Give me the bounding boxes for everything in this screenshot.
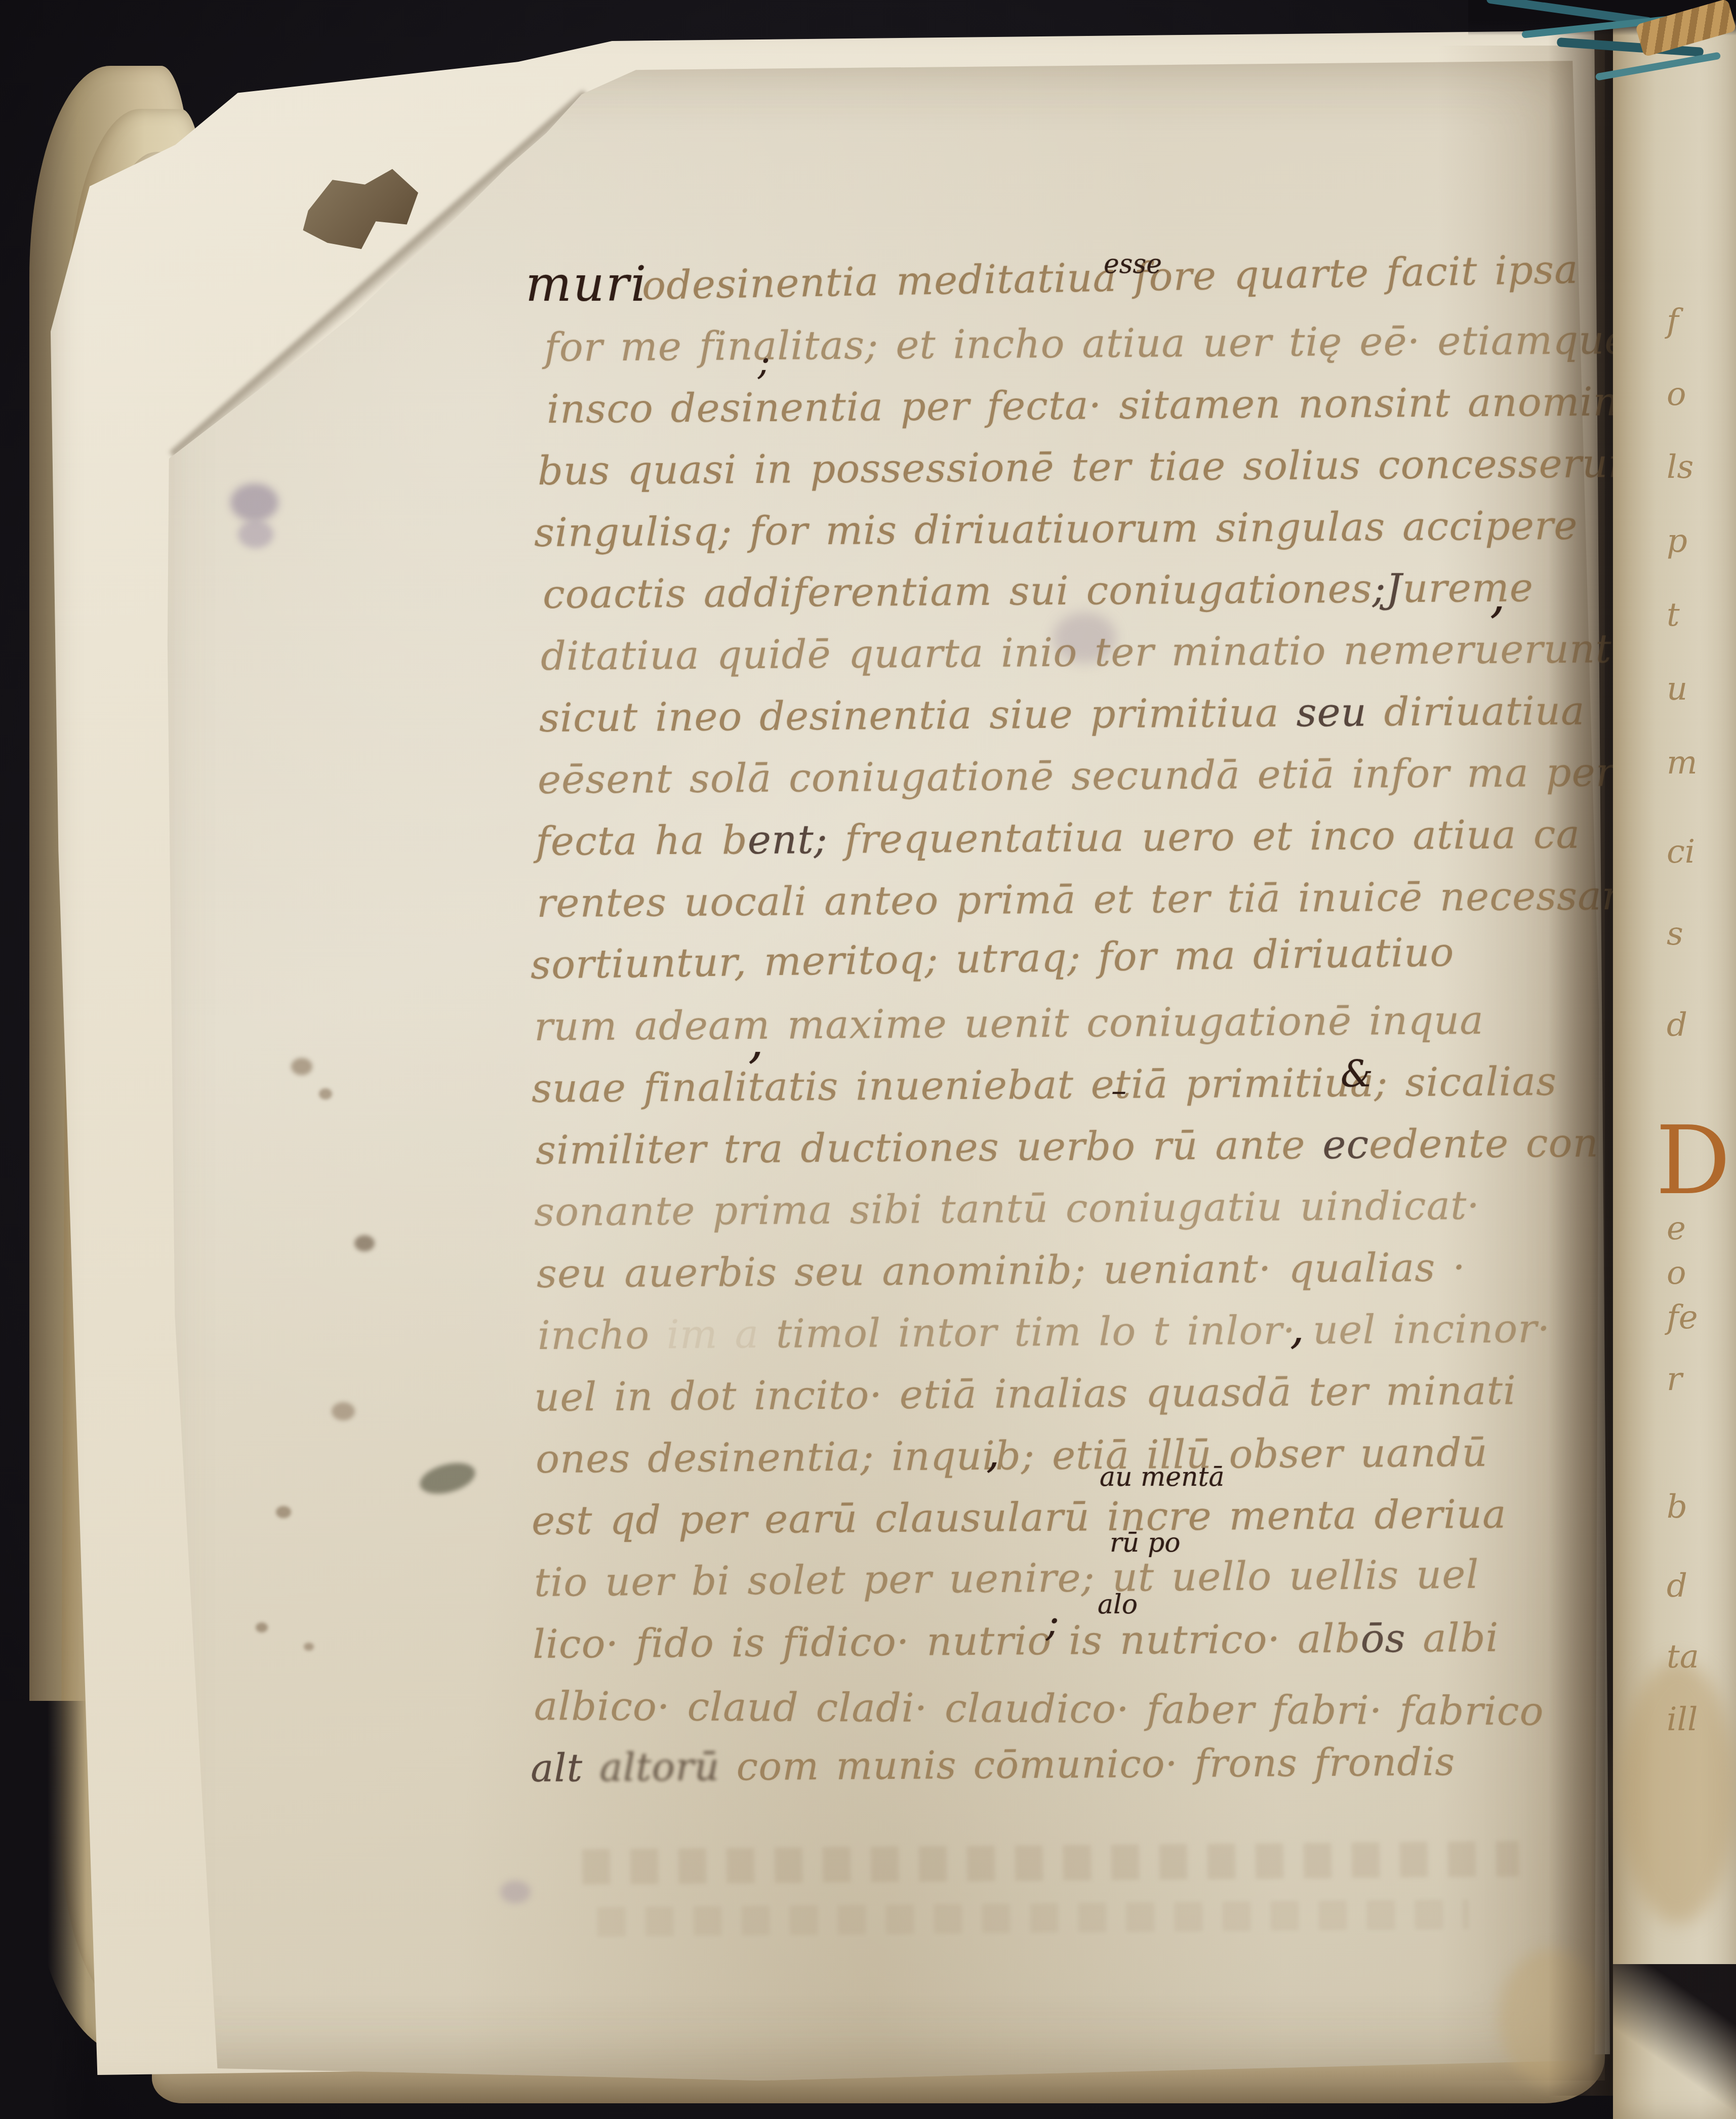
line-text: sicut ineo desinentia siue primitiua bbox=[539, 690, 1297, 741]
facing-page-text-fragment: e bbox=[1667, 1210, 1686, 1247]
line-text: insco desinentia per fecta· sitamen nons… bbox=[547, 379, 1632, 432]
ink-correction: , bbox=[748, 1012, 764, 1069]
manuscript-text-line: alt altorū com munis cōmunico· frons fro… bbox=[531, 1739, 1456, 1790]
interlinear-gloss: & bbox=[1341, 1053, 1373, 1095]
line-text: rentes uocali anteo primā et ter tiā inu… bbox=[537, 873, 1659, 926]
line-text: albi bbox=[1405, 1615, 1499, 1661]
interlinear-gloss: alo bbox=[1098, 1590, 1138, 1620]
line-text: eēsent solā coniugationē secundā etiā in… bbox=[538, 750, 1616, 803]
manuscript-text-line: eēsent solā coniugationē secundā etiā in… bbox=[538, 750, 1616, 803]
interlinear-gloss: muri bbox=[526, 256, 648, 312]
manuscript-text-line: coactis addiferentiam sui coniugationes;… bbox=[543, 565, 1534, 618]
manuscript-text-line: lico· fido is fidico· nutrio is nutrico·… bbox=[533, 1615, 1499, 1667]
line-text: incho bbox=[538, 1312, 667, 1359]
facing-page-text-fragment: s bbox=[1667, 915, 1683, 953]
line-text: singulisq; for mis diriuatiuorum singula… bbox=[534, 503, 1578, 556]
manuscript-text-line: insco desinentia per fecta· sitamen nons… bbox=[547, 379, 1632, 432]
manuscript-text-line: est qd per earū clausularū incre menta d… bbox=[532, 1492, 1507, 1544]
ink-correction: , bbox=[986, 1428, 1000, 1477]
facing-page-text-fragment: fe bbox=[1667, 1299, 1698, 1336]
facing-page-text-fragment: t bbox=[1667, 596, 1680, 634]
facing-page-text-fragment: ci bbox=[1667, 833, 1695, 871]
ink-correction: , bbox=[1290, 1301, 1305, 1354]
manuscript-text-line: similiter tra ductiones uerbo rū ante ec… bbox=[536, 1120, 1599, 1173]
manuscript-text-line: suae finalitatis inueniebat etiā primiti… bbox=[532, 1059, 1557, 1112]
facing-page-text-fragment: r bbox=[1667, 1361, 1682, 1398]
stain bbox=[319, 1088, 332, 1099]
bottom-right-shadow bbox=[1613, 1964, 1736, 2119]
manuscript-text-line: incho im a timol intor tim lo t inlor· u… bbox=[538, 1306, 1551, 1359]
facing-page-text-fragment: d bbox=[1667, 1006, 1687, 1044]
manuscript-text-line: rentes uocali anteo primā et ter tiā inu… bbox=[537, 873, 1659, 926]
facing-page-text-fragment: p bbox=[1667, 522, 1687, 560]
facing-page-text-fragment: m bbox=[1667, 744, 1698, 782]
line-text: tio uer bi solet per uenire; ut uello ue… bbox=[534, 1552, 1479, 1606]
manuscript-text-line: ones desinentia; inquib; etiā illū obser… bbox=[536, 1430, 1488, 1482]
line-text: similiter tra ductiones uerbo rū ante bbox=[536, 1122, 1323, 1173]
line-text: for me finalitas; et incho atiua uer tię… bbox=[544, 317, 1629, 371]
facing-page-text-fragment: b bbox=[1667, 1488, 1687, 1526]
stain bbox=[354, 1235, 375, 1251]
line-text: timol intor tim lo t inlor· uel incinor· bbox=[776, 1306, 1551, 1357]
manuscript-text-line: uel in dot incito· etiā inalias quasdā t… bbox=[534, 1368, 1517, 1420]
ink-correction: ec bbox=[1322, 1122, 1369, 1168]
facing-page-text-fragment: o bbox=[1667, 376, 1686, 413]
ink-correction: ; bbox=[1046, 1600, 1059, 1645]
ink-correction: ;J bbox=[1372, 566, 1402, 612]
facing-page-text-fragment: o bbox=[1667, 1254, 1686, 1292]
manuscript-text-line: albico· claud cladi· claudico· faber fab… bbox=[534, 1684, 1544, 1734]
interlinear-gloss: au mentā bbox=[1100, 1462, 1225, 1492]
line-text: ureme bbox=[1402, 565, 1533, 612]
facing-page-initial-letter: D bbox=[1656, 1106, 1730, 1215]
line-text: frequentatiua uero et inco atiua ca bbox=[828, 812, 1581, 863]
line-text: seu auerbis seu anominib; ueniant· quali… bbox=[537, 1245, 1466, 1297]
manuscript-text-line: ditatiua quidē quarta inio ter minatio n… bbox=[541, 626, 1612, 679]
line-text: lico· fido is fidico· nutrio is nutrico·… bbox=[533, 1616, 1361, 1667]
stain bbox=[1620, 1660, 1736, 1924]
stain bbox=[230, 483, 278, 521]
interlinear-gloss: esse bbox=[1104, 249, 1162, 279]
ink-correction: ent; bbox=[748, 817, 828, 863]
manuscript-text-line: for me finalitas; et incho atiua uer tię… bbox=[544, 317, 1629, 371]
line-text: ones desinentia; inquib; etiā illū obser… bbox=[536, 1430, 1488, 1482]
bottom-left-shadow bbox=[0, 1701, 86, 2119]
line-text: com munis cōmunico· frons frondis bbox=[736, 1739, 1455, 1789]
facing-page-text-fragment: f bbox=[1667, 303, 1679, 340]
line-text: suae finalitatis inueniebat etiā primiti… bbox=[532, 1059, 1557, 1112]
facing-page-text-fragment: ill bbox=[1667, 1701, 1698, 1738]
stain bbox=[500, 1881, 531, 1903]
line-text: coactis addiferentiam sui coniugationes bbox=[543, 566, 1372, 618]
stain bbox=[304, 1643, 314, 1651]
facing-page-text-fragment: d bbox=[1667, 1567, 1687, 1605]
stain bbox=[238, 520, 273, 548]
manuscript-photo: odesinentia meditatiua fore quarte facit… bbox=[0, 0, 1736, 2119]
stain bbox=[332, 1402, 355, 1420]
line-text: ditatiua quidē quarta inio ter minatio n… bbox=[541, 626, 1612, 679]
facing-page-text-fragment: ta bbox=[1667, 1638, 1699, 1676]
manuscript-text-line: seu auerbis seu anominib; ueniant· quali… bbox=[537, 1245, 1466, 1297]
manuscript-text-line: tio uer bi solet per uenire; ut uello ue… bbox=[534, 1552, 1479, 1606]
line-text: bus quasi in possessionē ter tiae solius… bbox=[538, 440, 1664, 494]
stain bbox=[256, 1622, 268, 1633]
facing-page-text-fragment: ls bbox=[1667, 449, 1693, 486]
line-text: albico· claud cladi· claudico· faber fab… bbox=[534, 1684, 1544, 1734]
ink-correction: alt bbox=[531, 1745, 583, 1790]
line-text: uel in dot incito· etiā inalias quasdā t… bbox=[534, 1368, 1517, 1420]
line-text: rum adeam maxime uenit coniugationē inqu… bbox=[534, 998, 1484, 1050]
line-text: fecta ha b bbox=[536, 818, 748, 865]
stain bbox=[291, 1058, 312, 1075]
ink-correction: seu bbox=[1296, 690, 1367, 736]
interlinear-gloss: rū po bbox=[1110, 1528, 1180, 1558]
manuscript-text-line: sonante prima sibi tantū coniugatiu uind… bbox=[534, 1183, 1480, 1235]
erased-text: im a bbox=[667, 1312, 777, 1358]
smudged-text: altorū bbox=[583, 1744, 737, 1790]
ink-correction: ōs bbox=[1360, 1616, 1406, 1662]
manuscript-text-line: singulisq; for mis diriuatiuorum singula… bbox=[534, 503, 1578, 556]
manuscript-text-line: fecta ha bent; frequentatiua uero et inc… bbox=[536, 812, 1581, 865]
manuscript-text-line: bus quasi in possessionē ter tiae solius… bbox=[538, 440, 1664, 494]
line-text: est qd per earū clausularū incre menta d… bbox=[532, 1492, 1507, 1544]
stain bbox=[276, 1506, 291, 1518]
line-text: sonante prima sibi tantū coniugatiu uind… bbox=[534, 1183, 1480, 1235]
ink-mark: – bbox=[1111, 1073, 1126, 1109]
manuscript-text-line: rum adeam maxime uenit coniugationē inqu… bbox=[534, 998, 1484, 1050]
facing-page-text-fragment: u bbox=[1667, 670, 1687, 708]
ink-correction: ; bbox=[758, 340, 770, 383]
ink-correction: , bbox=[1490, 567, 1506, 624]
manuscript-text-line: sicut ineo desinentia siue primitiua seu… bbox=[539, 688, 1585, 741]
